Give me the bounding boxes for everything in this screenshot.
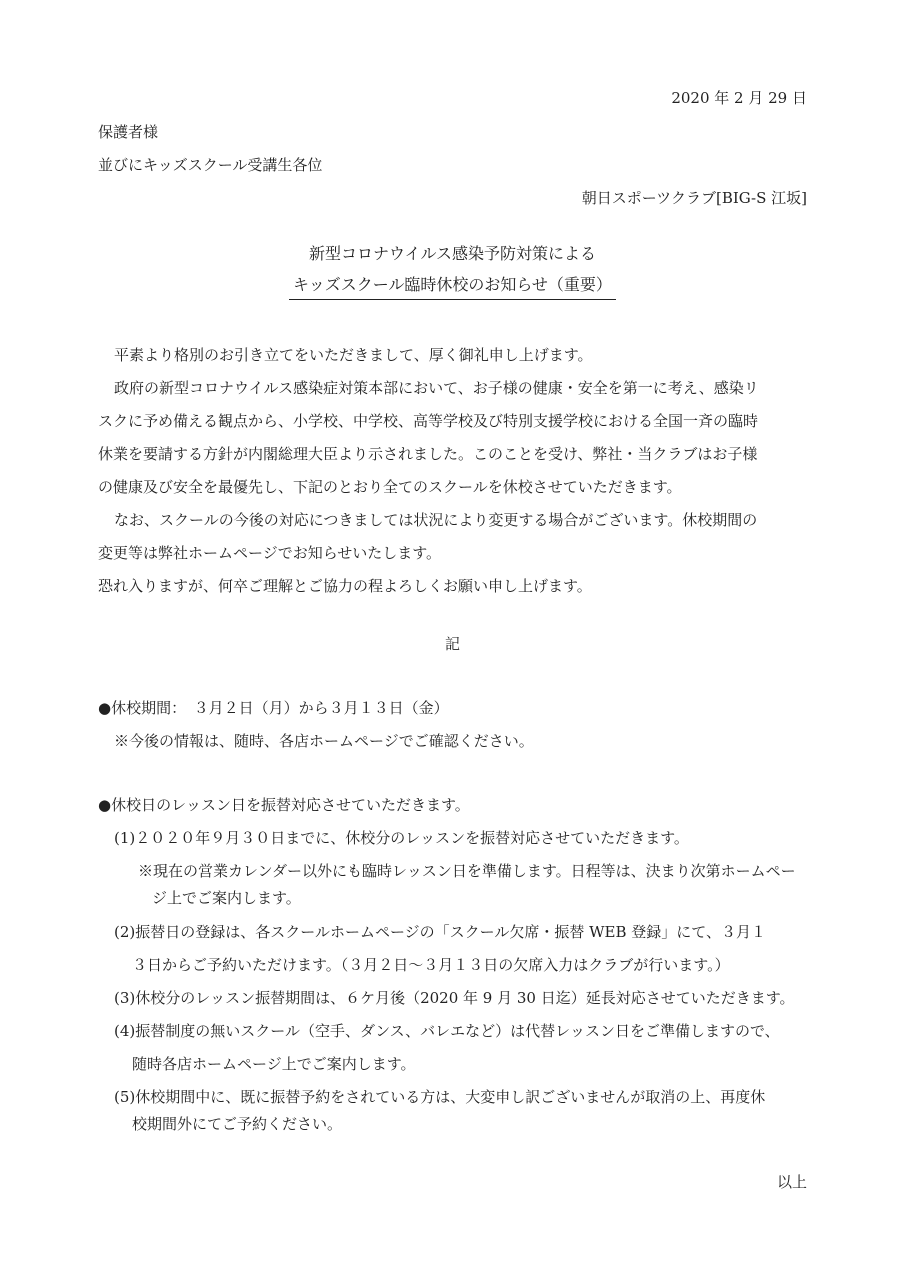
closing-request: 恐れ入りますが、何卒ご理解とご協力の程よろしくお願い申し上げます。 (98, 576, 592, 596)
list-item-cont: ３日からご予約いただけます。（３月２日～３月１３日の欠席入力はクラブが行います。… (132, 955, 730, 975)
paragraph-line: の健康及び安全を最優先し、下記のとおり全てのスクールを休校させていただきます。 (98, 477, 682, 497)
list-item-cont: 校期間外にてご予約ください。 (132, 1114, 342, 1134)
list-item-note: ※現在の営業カレンダー以外にも臨時レッスン日を準備します。日程等は、決まり次第ホ… (138, 861, 796, 881)
list-item: (1)２０２０年９月３０日までに、休校分のレッスンを振替対応させていただきます。 (114, 828, 689, 848)
greeting-paragraph: 平素より格別のお引き立てをいただきまして、厚く御礼申し上げます。 (114, 345, 593, 365)
makeup-heading: ●休校日のレッスン日を振替対応させていただきます。 (98, 795, 470, 815)
list-item: (5)休校期間中に、既に振替予約をされている方は、大変申し訳ございませんが取消の… (114, 1087, 765, 1107)
ki-marker: 記 (0, 634, 905, 654)
notice-title: キッズスクール臨時休校のお知らせ（重要） (289, 275, 616, 300)
list-item-cont: 随時各店ホームページ上でご案内します。 (132, 1054, 416, 1074)
closure-note: ※今後の情報は、随時、各店ホームページでご確認ください。 (114, 731, 534, 751)
recipient-guardians: 保護者様 (98, 122, 158, 142)
list-item-note-cont: ジ上でご案内します。 (152, 888, 301, 908)
notice-subtitle: 新型コロナウイルス感染予防対策による (0, 244, 905, 264)
list-item: (4)振替制度の無いスクール（空手、ダンス、バレエなど）は代替レッスン日をご準備… (114, 1021, 780, 1041)
paragraph-line: なお、スクールの今後の対応につきましては状況により変更する場合がございます。休校… (114, 510, 757, 530)
closure-period: ●休校期間： ３月２日（月）から３月１３日（金） (98, 698, 449, 718)
list-item: (2)振替日の登録は、各スクールホームページの「スクール欠席・振替 WEB 登録… (114, 922, 766, 942)
paragraph-line: 変更等は弊社ホームページでお知らせいたします。 (98, 543, 441, 563)
date: 2020 年 2 月 29 日 (671, 88, 807, 108)
list-item: (3)休校分のレッスン振替期間は、６ケ月後（2020 年 9 月 30 日迄）延… (114, 988, 795, 1008)
paragraph-line: スクに予め備える観点から、小学校、中学校、高等学校及び特別支援学校における全国一… (98, 411, 758, 431)
closing-mark: 以上 (777, 1172, 807, 1192)
recipient-students: 並びにキッズスクール受講生各位 (98, 155, 322, 175)
sender: 朝日スポーツクラブ[BIG-S 江坂] (582, 188, 807, 208)
paragraph-line: 政府の新型コロナウイルス感染症対策本部において、お子様の健康・安全を第一に考え、… (114, 378, 759, 398)
paragraph-line: 休業を要請する方針が内閣総理大臣より示されました。このことを受け、弊社・当クラブ… (98, 444, 757, 464)
